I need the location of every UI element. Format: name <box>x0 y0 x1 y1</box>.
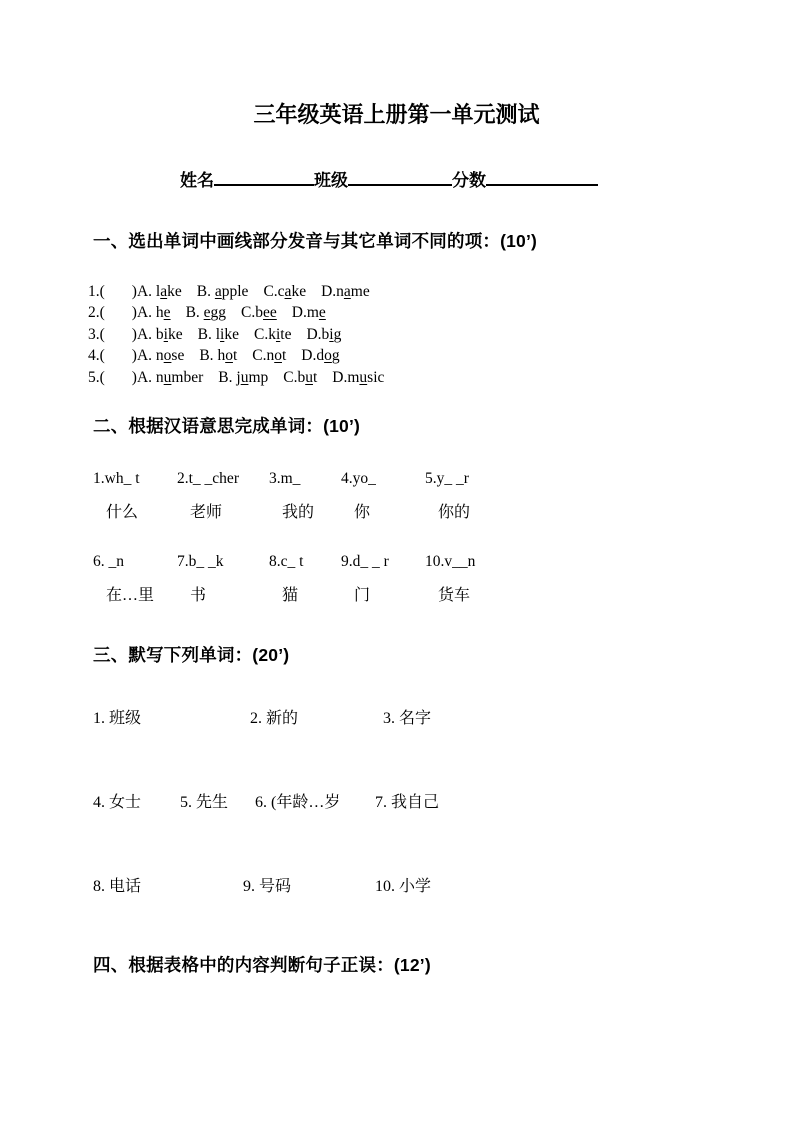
underlined-letter: e <box>204 304 211 321</box>
fill-in-item: 6. _n在…里 <box>93 553 177 605</box>
option-label: A. <box>137 347 156 364</box>
option-label: B. <box>186 304 204 321</box>
dictation-item: 6. (年龄…岁 <box>255 789 375 812</box>
hint-text: 在…里 <box>93 582 177 605</box>
option-label: B. <box>199 347 217 364</box>
class-label: 班级 <box>314 171 348 190</box>
question-row: 3.()A. bikeB. likeC.kiteD.big <box>88 324 399 345</box>
underlined-letter: a <box>215 283 222 300</box>
fill-in-item: 7.b_ _k书 <box>177 553 269 605</box>
underlined-letter: o <box>274 347 282 364</box>
fill-in-item: 1.wh_ t什么 <box>93 470 177 522</box>
option-c: C.but <box>283 369 317 386</box>
word-suffix: t <box>282 347 286 364</box>
test-paper-page: 三年级英语上册第一单元测试 姓名班级分数 一、选出单词中画线部分发音与其它单词不… <box>0 0 793 1122</box>
dictation-item: 10. 小学 <box>375 873 431 896</box>
section4-heading: 四、根据表格中的内容判断句子正误：(12’) <box>93 952 431 977</box>
option-label: C. <box>263 283 277 300</box>
question-number: 1.( <box>88 283 105 300</box>
underlined-letter: u <box>305 369 313 386</box>
dictation-item: 5. 先生 <box>180 789 255 812</box>
section2-row2: 6. _n在…里 7.b_ _k书 8.c_ t猫 9.d_ _ r门 10.v… <box>93 553 475 605</box>
section3-heading: 三、默写下列单词：(20’) <box>93 642 289 667</box>
dictation-item: 8. 电话 <box>93 873 243 896</box>
word-prefix: n <box>156 347 164 364</box>
section1-heading: 一、选出单词中画线部分发音与其它单词不同的项：(10’) <box>93 228 537 253</box>
hint-text: 猫 <box>269 582 341 605</box>
option-b: B. jump <box>218 369 268 386</box>
word-suffix: me <box>351 283 370 300</box>
fill-in-item: 4.yo_你 <box>341 470 425 522</box>
option-a: A. number <box>137 369 203 386</box>
word-suffix: gg <box>211 304 227 321</box>
word-blank: 3.m_ <box>269 470 341 488</box>
dictation-item: 1. 班级 <box>93 705 250 728</box>
question-number: 3.( <box>88 326 105 343</box>
word-suffix: ke <box>291 283 306 300</box>
student-info-line: 姓名班级分数 <box>180 166 598 191</box>
word-suffix: mber <box>171 369 203 386</box>
word-prefix: b <box>255 304 263 321</box>
hint-text: 你 <box>341 499 425 522</box>
word-blank: 1.wh_ t <box>93 470 177 488</box>
hint-text: 什么 <box>93 499 177 522</box>
word-suffix: g <box>334 326 342 343</box>
word-suffix: ke <box>224 326 239 343</box>
question-row: 1.()A. lakeB. appleC.cakeD.name <box>88 281 399 302</box>
option-label: A. <box>137 326 156 343</box>
option-label: C. <box>252 347 266 364</box>
underlined-letter: a <box>344 283 351 300</box>
hint-text: 老师 <box>177 499 269 522</box>
option-label: C. <box>254 326 268 343</box>
option-d: D.dog <box>301 347 339 364</box>
score-blank <box>486 168 598 186</box>
score-label: 分数 <box>452 171 486 190</box>
word-suffix: t <box>233 347 237 364</box>
option-label: B. <box>197 283 215 300</box>
section2-row1: 1.wh_ t什么 2.t_ _cher老师 3.m_我的 4.yo_你 5.y… <box>93 470 470 522</box>
underlined-letter: ee <box>263 304 277 321</box>
section3-row3: 8. 电话 9. 号码 10. 小学 <box>93 873 431 896</box>
fill-in-item: 3.m_我的 <box>269 470 341 522</box>
option-label: D. <box>321 283 336 300</box>
word-blank: 8.c_ t <box>269 553 341 571</box>
question-row: 2.()A. heB. eggC.beeD.me <box>88 302 399 323</box>
dictation-item: 9. 号码 <box>243 873 375 896</box>
word-suffix: g <box>332 347 340 364</box>
word-blank: 10.v__n <box>425 553 475 571</box>
word-suffix: mp <box>248 369 268 386</box>
word-prefix: b <box>156 326 164 343</box>
section1-questions: 1.()A. lakeB. appleC.cakeD.name 2.()A. h… <box>88 281 399 388</box>
section3-row1: 1. 班级 2. 新的 3. 名字 <box>93 705 431 728</box>
word-blank: 2.t_ _cher <box>177 470 269 488</box>
dictation-item: 4. 女士 <box>93 789 180 812</box>
underlined-letter: o <box>225 347 233 364</box>
option-b: B. like <box>198 326 239 343</box>
word-blank: 6. _n <box>93 553 177 571</box>
name-label: 姓名 <box>180 171 214 190</box>
option-label: A. <box>137 283 156 300</box>
fill-in-item: 2.t_ _cher老师 <box>177 470 269 522</box>
word-suffix: t <box>313 369 317 386</box>
option-label: D. <box>306 326 321 343</box>
dictation-item: 2. 新的 <box>250 705 383 728</box>
question-number: 4.( <box>88 347 105 364</box>
word-suffix: ke <box>168 326 183 343</box>
fill-in-item: 10.v__n货车 <box>425 553 475 605</box>
word-suffix: ke <box>167 283 182 300</box>
word-prefix: m <box>307 304 319 321</box>
option-b: B. apple <box>197 283 249 300</box>
page-title: 三年级英语上册第一单元测试 <box>0 98 793 129</box>
word-prefix: d <box>316 347 324 364</box>
section2-heading: 二、根据汉语意思完成单词：(10’) <box>93 413 360 438</box>
section3-row2: 4. 女士 5. 先生 6. (年龄…岁 7. 我自己 <box>93 789 439 812</box>
word-suffix: sic <box>367 369 384 386</box>
option-d: D.name <box>321 283 370 300</box>
word-suffix: pple <box>222 283 249 300</box>
underlined-letter: e <box>319 304 326 321</box>
option-d: D.me <box>292 304 326 321</box>
option-label: B. <box>218 369 236 386</box>
hint-text: 书 <box>177 582 269 605</box>
word-prefix: k <box>268 326 276 343</box>
fill-in-item: 9.d_ _ r门 <box>341 553 425 605</box>
word-blank: 4.yo_ <box>341 470 425 488</box>
option-label: C. <box>241 304 255 321</box>
hint-text: 货车 <box>425 582 475 605</box>
word-prefix: h <box>156 304 164 321</box>
name-blank <box>214 168 314 186</box>
dictation-item: 7. 我自己 <box>375 789 439 812</box>
option-a: A. nose <box>137 347 184 364</box>
option-label: B. <box>198 326 216 343</box>
question-number: 5.( <box>88 369 105 386</box>
option-label: D. <box>332 369 347 386</box>
option-label: D. <box>292 304 307 321</box>
hint-text: 你的 <box>425 499 470 522</box>
option-b: B. egg <box>186 304 226 321</box>
word-blank: 7.b_ _k <box>177 553 269 571</box>
option-d: D.big <box>306 326 341 343</box>
option-a: A. bike <box>137 326 183 343</box>
word-prefix: n <box>336 283 344 300</box>
class-blank <box>348 168 452 186</box>
dictation-item: 3. 名字 <box>383 705 431 728</box>
word-prefix: c <box>278 283 285 300</box>
word-blank: 5.y_ _r <box>425 470 470 488</box>
option-c: C.kite <box>254 326 291 343</box>
word-blank: 9.d_ _ r <box>341 553 425 571</box>
fill-in-item: 8.c_ t猫 <box>269 553 341 605</box>
underlined-letter: e <box>164 304 171 321</box>
hint-text: 我的 <box>269 499 341 522</box>
option-a: A. he <box>137 304 171 321</box>
fill-in-item: 5.y_ _r你的 <box>425 470 470 522</box>
word-suffix: te <box>280 326 291 343</box>
option-a: A. lake <box>137 283 182 300</box>
question-row: 5.()A. numberB. jumpC.butD.music <box>88 367 399 388</box>
option-c: C.cake <box>263 283 306 300</box>
option-c: C.bee <box>241 304 277 321</box>
word-suffix: se <box>171 347 184 364</box>
word-prefix: n <box>156 369 164 386</box>
option-label: D. <box>301 347 316 364</box>
option-label: A. <box>137 369 156 386</box>
option-d: D.music <box>332 369 384 386</box>
option-label: C. <box>283 369 297 386</box>
question-number: 2.( <box>88 304 105 321</box>
word-prefix: m <box>347 369 359 386</box>
option-b: B. hot <box>199 347 237 364</box>
underlined-letter: o <box>324 347 332 364</box>
hint-text: 门 <box>341 582 425 605</box>
question-row: 4.()A. noseB. hotC.notD.dog <box>88 345 399 366</box>
underlined-letter: u <box>359 369 367 386</box>
option-label: A. <box>137 304 156 321</box>
option-c: C.not <box>252 347 286 364</box>
